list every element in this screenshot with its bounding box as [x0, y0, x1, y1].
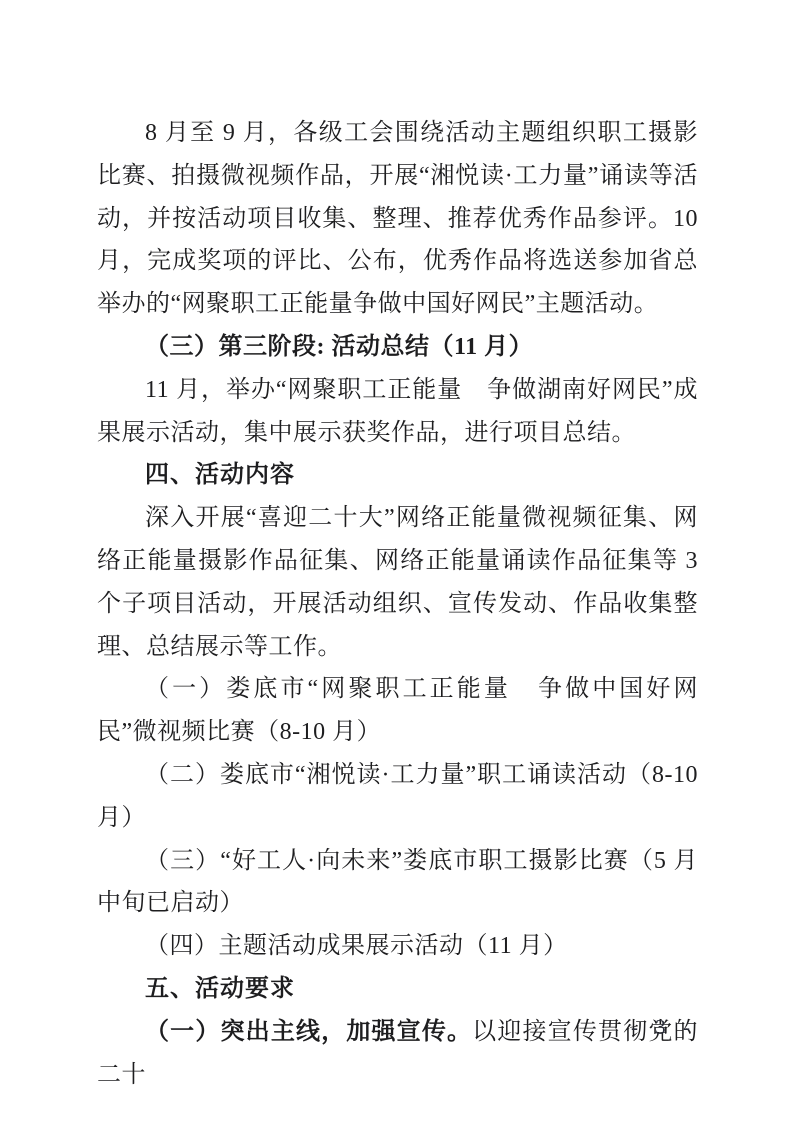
- list-item-3-photography-contest: （三）“好工人·向未来”娄底市职工摄影比赛（5 月中旬已启动）: [97, 840, 698, 926]
- list-item-1-microvideo-contest: （一）娄底市“网聚职工正能量 争做中国好网民”微视频比赛（8-10 月）: [97, 668, 698, 754]
- requirement-1-lead: （一）突出主线，加强宣传。: [145, 1019, 472, 1045]
- section-heading-activity-content: 四、活动内容: [97, 454, 698, 497]
- document-content: 8 月至 9 月，各级工会围绕活动主题组织职工摄影比赛、拍摄微视频作品，开展“湘…: [97, 112, 698, 1096]
- section-heading-activity-requirements: 五、活动要求: [97, 968, 698, 1011]
- page-number: - 3 -: [631, 1015, 696, 1040]
- stage-heading-phase3: （三）第三阶段: 活动总结（11 月）: [97, 326, 698, 369]
- paragraph-phase3-detail: 11 月，举办“网聚职工正能量 争做湖南好网民”成果展示活动，集中展示获奖作品，…: [97, 369, 698, 455]
- list-item-4-results-showcase: （四）主题活动成果展示活动（11 月）: [97, 925, 698, 968]
- list-item-2-reading-activity: （二）娄底市“湘悦读·工力量”职工诵读活动（8-10 月）: [97, 754, 698, 840]
- document-page: 8 月至 9 月，各级工会围绕活动主题组织职工摄影比赛、拍摄微视频作品，开展“湘…: [0, 0, 792, 1121]
- paragraph-activity-overview: 深入开展“喜迎二十大”网络正能量微视频征集、网络正能量摄影作品征集、网络正能量诵…: [97, 497, 698, 668]
- paragraph-requirement-1: （一）突出主线，加强宣传。以迎接宣传贯彻党的二十: [97, 1011, 698, 1097]
- paragraph-phase2-schedule: 8 月至 9 月，各级工会围绕活动主题组织职工摄影比赛、拍摄微视频作品，开展“湘…: [97, 112, 698, 326]
